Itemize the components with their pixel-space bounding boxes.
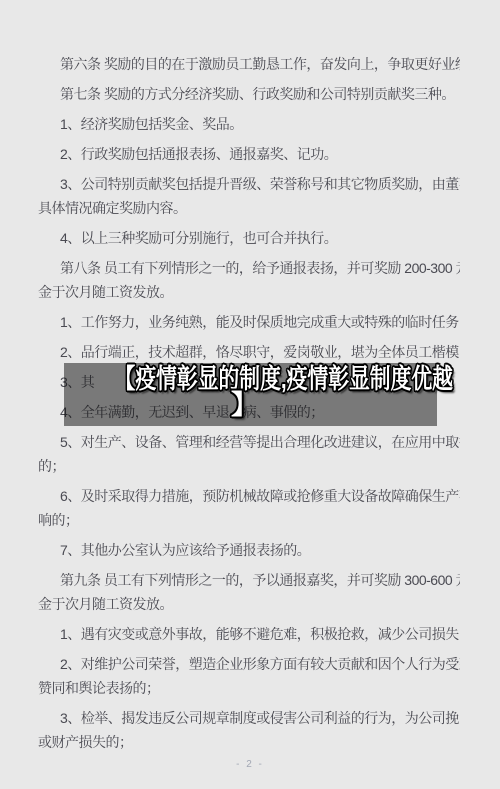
document-line: 4、以上三种奖励可分别施行，也可合并执行。 xyxy=(38,226,460,250)
document-line: 赞同和舆论表扬的； xyxy=(38,676,460,700)
document-line: 响的； xyxy=(38,508,460,532)
document-line: 第九条 员工有下列情形之一的，予以通报嘉奖，并可奖励 300-600 元，奖 xyxy=(38,568,460,592)
overlay-shadow-box xyxy=(64,363,437,426)
document-line: 的； xyxy=(38,454,460,478)
document-line: 3、公司特别贡献奖包括提升晋级、荣誉称号和其它物质奖励，由董事会视 xyxy=(38,172,460,196)
document-line: 1、经济奖励包括奖金、奖品。 xyxy=(38,112,460,136)
document-line: 具体情况确定奖励内容。 xyxy=(38,196,460,220)
document-line: 金于次月随工资发放。 xyxy=(38,592,460,616)
document-line: 1、工作努力，业务纯熟，能及时保质地完成重大或特殊的临时任务的； xyxy=(38,310,460,334)
document-line: 2、行政奖励包括通报表扬、通报嘉奖、记功。 xyxy=(38,142,460,166)
document-line: 2、品行端正，技术超群，恪尽职守，爱岗敬业，堪为全体员工楷模的； xyxy=(38,340,460,364)
document-line: 第七条 奖励的方式分经济奖励、行政奖励和公司特别贡献奖三种。 xyxy=(38,82,460,106)
document-line: 6、及时采取得力措施，预防机械故障或抢修重大设备故障确保生产不受影 xyxy=(38,484,460,508)
document-line: 金于次月随工资发放。 xyxy=(38,280,460,304)
document-line: 3、检举、揭发违反公司规章制度或侵害公司利益的行为，为公司挽回形象 xyxy=(38,706,460,730)
page-number: - 2 - xyxy=(0,759,500,770)
document-line: 第八条 员工有下列情形之一的，给予通报表扬，并可奖励 200-300 元，奖 xyxy=(38,256,460,280)
document-line: 7、其他办公室认为应该给予通报表扬的。 xyxy=(38,538,460,562)
document-line: 或财产损失的； xyxy=(38,730,460,754)
document-line: 5、对生产、设备、管理和经营等提出合理化改进建议，在应用中取得效果 xyxy=(38,430,460,454)
document-page: 第六条 奖励的目的在于激励员工勤恳工作，奋发向上，争取更好业绩。第七条 奖励的方… xyxy=(0,0,500,789)
document-line: 2、对维护公司荣誉，塑造企业形象方面有较大贡献和因个人行为受到社会 xyxy=(38,652,460,676)
document-line: 第六条 奖励的目的在于激励员工勤恳工作，奋发向上，争取更好业绩。 xyxy=(38,52,460,76)
document-line: 1、遇有灾变或意外事故，能够不避危难，积极抢救，减少公司损失的； xyxy=(38,622,460,646)
